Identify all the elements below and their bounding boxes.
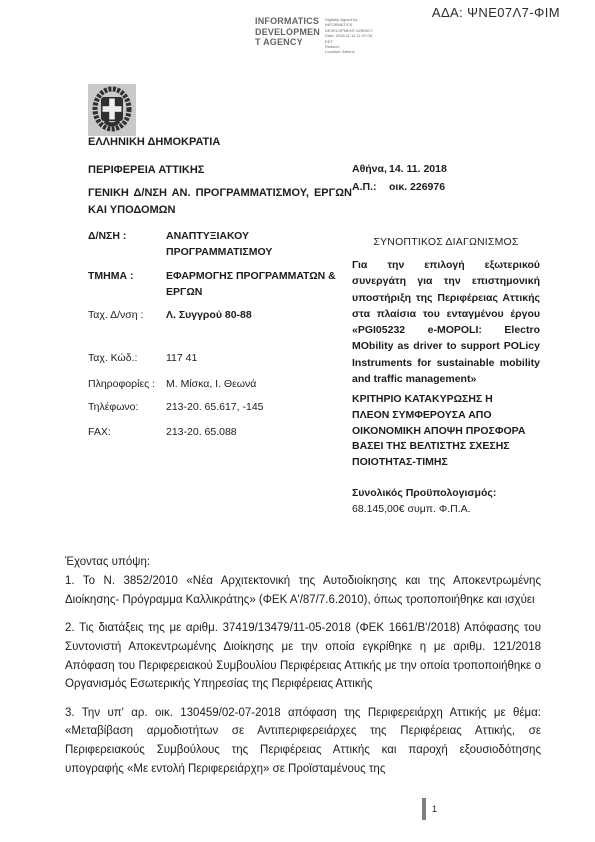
row-label: Ταχ. Δ/νση : bbox=[88, 307, 166, 323]
row-value: Λ. Συγγρού 80-88 bbox=[166, 307, 352, 323]
row-value: ΑΝΑΠΤΥΞΙΑΚΟΥ ΠΡΟΓΡΑΜΜΑΤΙΣΜΟΥ bbox=[166, 228, 352, 261]
republic-title: ΕΛΛΗΝΙΚΗ ΔΗΜΟΚΡΑΤΙΑ bbox=[88, 136, 220, 148]
row-label: Πληροφορίες : bbox=[88, 376, 166, 392]
row-value: ΕΦΑΡΜΟΓΗΣ ΠΡΟΓΡΑΜΜΑΤΩΝ & ΕΡΓΩΝ bbox=[166, 268, 352, 301]
contact-row-address: Ταχ. Δ/νση : Λ. Συγγρού 80-88 bbox=[88, 307, 352, 323]
row-label: Τηλέφωνο: bbox=[88, 399, 166, 415]
contact-row-postal-code: Ταχ. Κώδ.: 117 41 bbox=[88, 350, 352, 366]
row-value: Μ. Μίσκα, Ι. Θεωνά bbox=[166, 376, 352, 392]
issuing-authority-block: ΠΕΡΙΦΕΡΕΙΑ ΑΤΤΙΚΗΣ ΓΕΝΙΚΗ Δ/ΝΣΗ ΑΝ. ΠΡΟΓ… bbox=[88, 162, 352, 441]
date-line: Αθήνα, 14. 11. 2018 bbox=[352, 163, 540, 175]
budget-value: 68.145,00€ συμπ. Φ.Π.Α. bbox=[352, 502, 540, 518]
page-number: 1 bbox=[432, 804, 437, 814]
budget-label: Συνολικός Προϋπολογισμός: bbox=[352, 486, 540, 502]
digital-signature-stamp: INFORMATICS DEVELOPMEN T AGENCY Digitall… bbox=[255, 16, 373, 55]
consideration-item-2: 2. Τις διατάξεις της με αριθμ. 37419/134… bbox=[65, 619, 541, 694]
row-label: Δ/ΝΣΗ : bbox=[88, 228, 166, 261]
tender-type-title: ΣΥΝΟΠΤΙΚΟΣ ΔΙΑΓΩΝΙΣΜΟΣ bbox=[352, 236, 540, 248]
row-value: 117 41 bbox=[166, 350, 352, 366]
contact-row-directorate: Δ/ΝΣΗ : ΑΝΑΠΤΥΞΙΑΚΟΥ ΠΡΟΓΡΑΜΜΑΤΙΣΜΟΥ bbox=[88, 228, 352, 261]
ada-label: ΑΔΑ: bbox=[432, 5, 463, 20]
ada-value: ΨΝΕ07Λ7-ΦΙΜ bbox=[467, 5, 560, 20]
tender-summary-block: Αθήνα, 14. 11. 2018 Α.Π.: οικ. 226976 ΣΥ… bbox=[352, 163, 540, 517]
row-label: ΤΜΗΜΑ : bbox=[88, 268, 166, 301]
city-label: Αθήνα, bbox=[352, 163, 389, 175]
stamp-signature-details: Digitally signed by INFORMATICS DEVELOPM… bbox=[325, 16, 373, 55]
legal-considerations: Έχοντας υπόψη: 1. Το Ν. 3852/2010 «Νέα Α… bbox=[65, 556, 541, 788]
row-value: 213-20. 65.617, -145 bbox=[166, 399, 352, 415]
contact-row-information: Πληροφορίες : Μ. Μίσκα, Ι. Θεωνά bbox=[88, 376, 352, 392]
general-directorate: ΓΕΝΙΚΗ Δ/ΝΣΗ ΑΝ. ΠΡΟΓΡΑΜΜΑΤΙΣΜΟΥ, ΕΡΓΩΝ … bbox=[88, 185, 352, 219]
considerations-intro: Έχοντας υπόψη: bbox=[65, 556, 541, 568]
row-label: Ταχ. Κώδ.: bbox=[88, 350, 166, 366]
contact-row-phone: Τηλέφωνο: 213-20. 65.617, -145 bbox=[88, 399, 352, 415]
consideration-item-3: 3. Την υπ' αρ. οικ. 130459/02-07-2018 απ… bbox=[65, 704, 541, 779]
award-criterion: ΚΡΙΤΗΡΙΟ ΚΑΤΑΚΥΡΩΣΗΣ Η ΠΛΕΟΝ ΣΥΜΦΕΡΟΥΣΑ … bbox=[352, 392, 540, 471]
budget-block: Συνολικός Προϋπολογισμός: 68.145,00€ συμ… bbox=[352, 486, 540, 518]
page-footer: 1 bbox=[422, 798, 437, 820]
ada-code: ΑΔΑ: ΨΝΕ07Λ7-ΦΙΜ bbox=[432, 5, 560, 20]
document-date: 14. 11. 2018 bbox=[389, 163, 540, 175]
footer-accent-bar bbox=[422, 798, 426, 820]
row-value: 213-20. 65.088 bbox=[166, 424, 352, 440]
protocol-line: Α.Π.: οικ. 226976 bbox=[352, 181, 540, 193]
document-page: ΑΔΑ: ΨΝΕ07Λ7-ΦΙΜ INFORMATICS DEVELOPMEN … bbox=[0, 0, 595, 842]
row-label: FAX: bbox=[88, 424, 166, 440]
protocol-number: οικ. 226976 bbox=[389, 181, 540, 193]
tender-subject: Για την επιλογή εξωτερικού συνεργάτη για… bbox=[352, 257, 540, 387]
region-title: ΠΕΡΙΦΕΡΕΙΑ ΑΤΤΙΚΗΣ bbox=[88, 162, 352, 179]
contact-row-fax: FAX: 213-20. 65.088 bbox=[88, 424, 352, 440]
consideration-item-1: 1. Το Ν. 3852/2010 «Νέα Αρχιτεκτονική τη… bbox=[65, 572, 541, 609]
greek-emblem bbox=[88, 84, 136, 136]
contact-row-department: ΤΜΗΜΑ : ΕΦΑΡΜΟΓΗΣ ΠΡΟΓΡΑΜΜΑΤΩΝ & ΕΡΓΩΝ bbox=[88, 268, 352, 301]
stamp-agency-name: INFORMATICS DEVELOPMEN T AGENCY bbox=[255, 16, 320, 55]
protocol-label: Α.Π.: bbox=[352, 181, 389, 193]
